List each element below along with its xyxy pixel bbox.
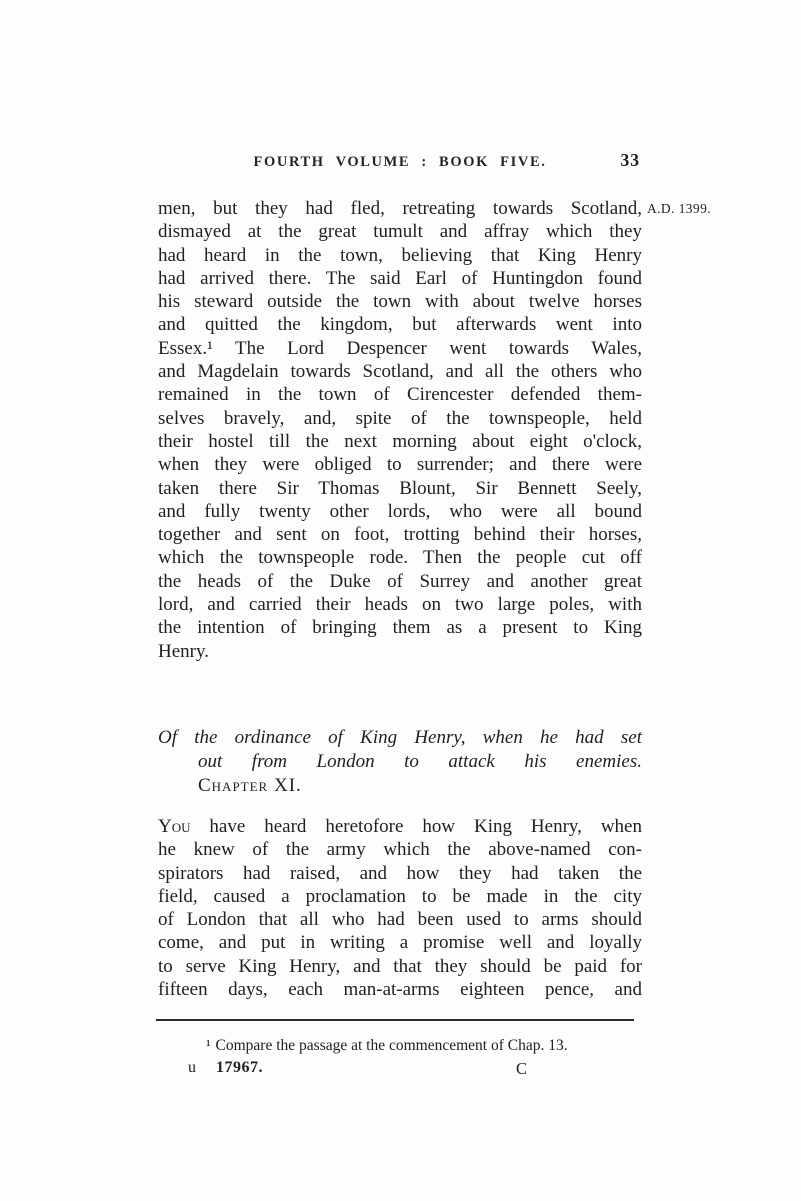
running-head-title: FOURTH VOLUME : BOOK FIVE. — [254, 154, 547, 170]
printer-order-number: 17967. — [216, 1059, 263, 1077]
text-line: lord, and carried their heads on two lar… — [158, 593, 642, 616]
running-head: FOURTH VOLUME : BOOK FIVE. 33 — [158, 153, 642, 171]
footer-signature-line: u 17967. C — [158, 1059, 642, 1081]
text-line: taken there Sir Thomas Blount, Sir Benne… — [158, 477, 642, 500]
footnote-rule — [156, 1019, 634, 1021]
text-line: which the townspeople rode. Then the peo… — [158, 546, 642, 569]
text-line: and quitted the kingdom, but afterwards … — [158, 313, 642, 336]
text-line: fifteen days, each man-at-arms eighteen … — [158, 978, 642, 1001]
printer-press-mark: u — [188, 1059, 196, 1077]
text-line: and fully twenty other lords, who were a… — [158, 500, 642, 523]
text-line: men, but they had fled, retreating towar… — [158, 197, 642, 220]
text-line: Henry. — [158, 640, 642, 663]
text-line: the intention of bringing them as a pres… — [158, 616, 642, 639]
text-line: he knew of the army which the above-name… — [158, 838, 642, 861]
chapter-heading: Of the ordinance of King Henry, when he … — [158, 726, 642, 798]
paragraph-continuation: men, but they had fled, retreating towar… — [158, 197, 642, 663]
text-line: together and sent on foot, trotting behi… — [158, 523, 642, 546]
book-page: FOURTH VOLUME : BOOK FIVE. 33 A.D. 1399.… — [0, 0, 801, 1201]
footnote-text: Compare the passage at the commencement … — [216, 1037, 568, 1054]
text-line: come, and put in writing a promise well … — [158, 931, 642, 954]
chapter-heading-line: Of the ordinance of King Henry, when he … — [158, 726, 642, 750]
text-line: when they were obliged to surrender; and… — [158, 453, 642, 476]
chapter-paragraph: You have heard heretofore how King Henry… — [158, 815, 642, 1001]
text-line: dismayed at the great tumult and affray … — [158, 220, 642, 243]
text-line: and Magdelain towards Scotland, and all … — [158, 360, 642, 383]
margin-date-note: A.D. 1399. — [647, 201, 711, 217]
text-line: You have heard heretofore how King Henry… — [158, 815, 642, 838]
gathering-signature-mark: C — [516, 1059, 527, 1079]
chapter-number: Chapter XI. — [158, 774, 642, 798]
text-line: the heads of the Duke of Surrey and anot… — [158, 570, 642, 593]
text-line: spirators had raised, and how they had t… — [158, 862, 642, 885]
footnote-marker: ¹ — [206, 1037, 212, 1054]
chapter-heading-line: out from London to attack his enemies. — [158, 750, 642, 774]
text-line: remained in the town of Cirencester defe… — [158, 383, 642, 406]
text-line: field, caused a proclamation to be made … — [158, 885, 642, 908]
footnote: ¹ Compare the passage at the commencemen… — [158, 1035, 642, 1056]
text-line: selves bravely, and, spite of the townsp… — [158, 407, 642, 430]
text-line: his steward outside the town with about … — [158, 290, 642, 313]
text-line: had heard in the town, believing that Ki… — [158, 244, 642, 267]
text-line: their hostel till the next morning about… — [158, 430, 642, 453]
page-number: 33 — [621, 150, 641, 171]
text-line: had arrived there. The said Earl of Hunt… — [158, 267, 642, 290]
text-line: to serve King Henry, and that they shoul… — [158, 955, 642, 978]
text-line: of London that all who had been used to … — [158, 908, 642, 931]
text-line: Essex.¹ The Lord Despencer went towards … — [158, 337, 642, 360]
